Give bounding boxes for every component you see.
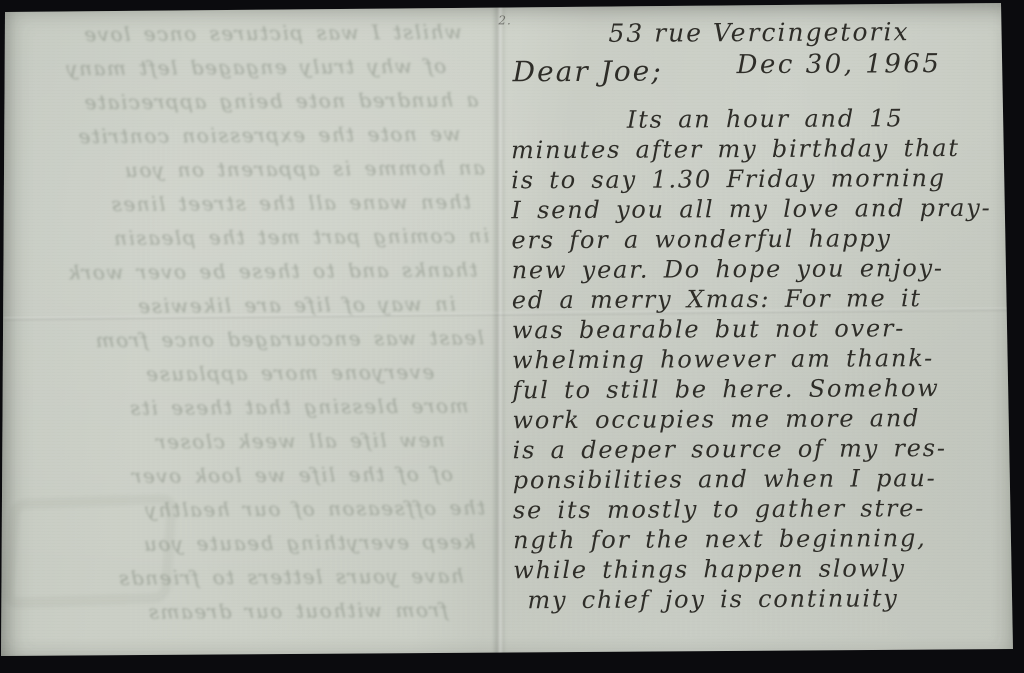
page-right-letter: 2. 53 rue Vercingetorix Dear Joe; Dec 30… (504, 7, 1019, 660)
ghost-line: more blessing that these its (6, 388, 468, 425)
body-line: new year. Do hope you enjoy- (512, 253, 1018, 286)
body-line: work occupies me more and (512, 403, 1018, 436)
page-annotation: 2. (498, 13, 512, 27)
ghost-line: of why truly engaged left many (4, 49, 446, 86)
body-line: my chief joy is continuity (527, 583, 1019, 616)
body-line: whelming however am thank- (512, 343, 1018, 376)
date-line: Dec 30, 1965 (737, 49, 942, 80)
ghost-line: of of the life we look over (7, 457, 453, 494)
body-line: while things happen slowly (513, 553, 1019, 586)
body-line: is a deeper source of my res- (513, 433, 1019, 466)
body-line: se its mostly to gather stre- (513, 493, 1019, 526)
ghost-line: whilst I was pictures once love (4, 15, 462, 52)
body-line: ngth for the next beginning, (513, 523, 1019, 556)
scanned-letter: whilst I was pictures once love of why t… (0, 0, 1024, 673)
ghost-line: thanks and to these be over work (5, 252, 477, 289)
body-line: was bearable but not over- (512, 313, 1018, 346)
ghost-line: we note the expression contrite (5, 117, 461, 154)
letter-body: Its an hour and 15 minutes after my birt… (511, 103, 1020, 616)
ghost-line: everyone more applause (6, 355, 434, 392)
ghost-line: in coming part met the pleasin (5, 218, 489, 255)
ghost-line: a hundred note being appreciate (4, 82, 478, 119)
body-line: is to say 1.30 Friday morning (511, 163, 1017, 196)
ghost-line: an homme is apparent on you (5, 150, 485, 187)
body-line: I send you all my love and pray- (511, 193, 1017, 226)
ghost-line: new life all week closer (7, 423, 445, 460)
body-line: ed a merry Xmas: For me it (512, 283, 1018, 316)
letter-sheet: whilst I was pictures once love of why t… (0, 0, 1024, 673)
address-line: 53 rue Vercingetorix (608, 17, 909, 48)
stamp-bleed-through (4, 495, 176, 607)
body-line: ers for a wonderful happy (511, 223, 1017, 256)
body-line: minutes after my birthday that (511, 133, 1017, 166)
ghost-line: then wane all the street lines (5, 184, 471, 221)
body-line: ponsibilities and when I pau- (513, 463, 1019, 496)
ghost-line: least was encouraged once from (6, 320, 484, 357)
salutation: Dear Joe; (513, 55, 663, 89)
body-line: Its an hour and 15 (511, 103, 1017, 136)
body-line: ful to still be here. Somehow (512, 373, 1018, 406)
